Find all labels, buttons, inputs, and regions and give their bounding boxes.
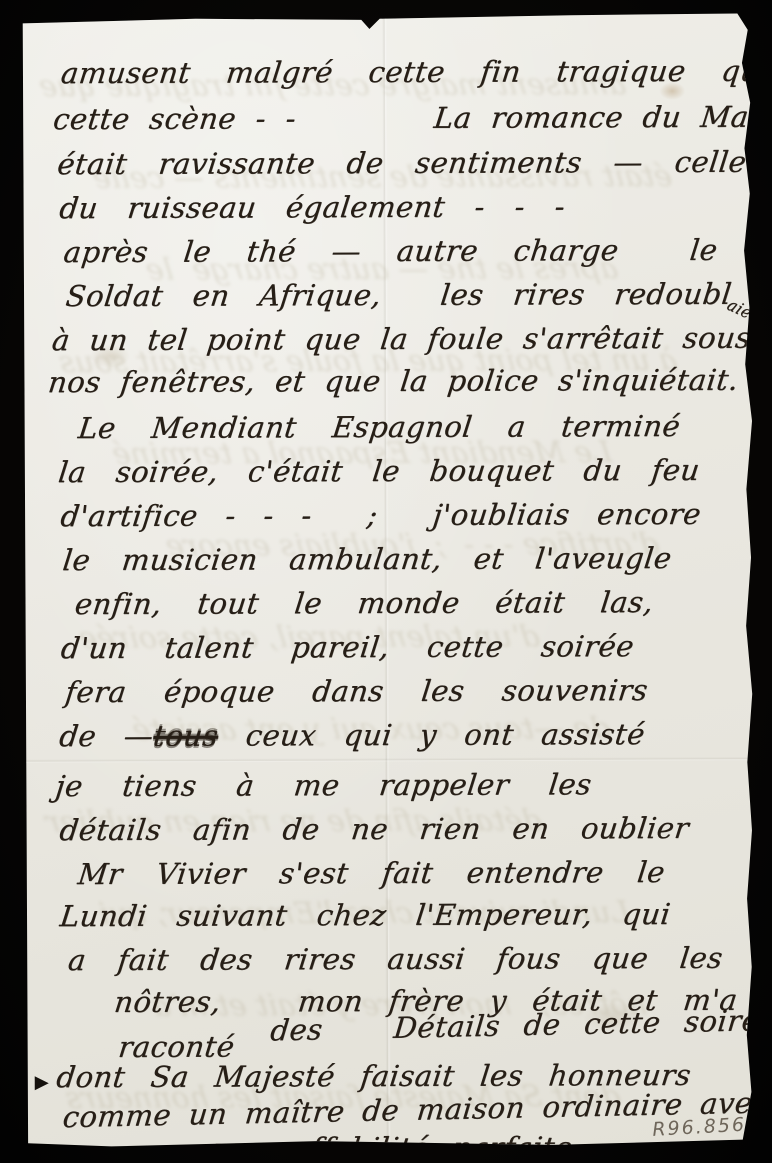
crossed-out-word: tous xyxy=(151,719,220,753)
line-text: d'artifice - - - ; j'oubliais encore xyxy=(59,497,703,533)
line-text: enfin, tout le monde était las, xyxy=(73,585,655,621)
manuscript-line: détails afin de ne rien en oublier xyxy=(58,811,691,847)
manuscript-line: je tiens à me rappeler les xyxy=(54,767,594,803)
manuscript-line: une affabilité parfaite xyxy=(211,1130,575,1163)
line-text: d'un talent pareil, cette soirée xyxy=(59,629,636,665)
manuscript-line: a fait des rires aussi fous que les xyxy=(66,941,724,977)
line-text: Soldat en Afrique, les rires redoubl xyxy=(64,277,734,313)
manuscript-line: de —tous ceux qui y ont assisté xyxy=(58,717,647,753)
manuscript-line: Le Mendiant Espagnol a terminé xyxy=(76,409,682,445)
line-text: fera époque dans les souvenirs xyxy=(63,673,650,709)
line-text: Lundi suivant chez l'Empereur, qui xyxy=(58,897,672,933)
manuscript-line: le musicien ambulant, et l'aveugle xyxy=(61,541,674,577)
manuscript-line: après le thé — autre charge le xyxy=(62,233,720,269)
manuscript-line: enfin, tout le monde était las, xyxy=(73,585,655,621)
line-text: une affabilité parfaite xyxy=(211,1130,575,1163)
manuscript-line: Lundi suivant chez l'Empereur, qui xyxy=(58,897,672,933)
line-text: amusent malgré cette fin tragique que xyxy=(59,54,772,91)
manuscript-line: était ravissante de sentiments — celle xyxy=(56,145,749,181)
line-text: était ravissante de sentiments — celle xyxy=(56,145,749,181)
manuscript-line: la soirée, c'était le bouquet du feu xyxy=(57,453,702,489)
manuscript-line: cette scène - - La romance du Matelot xyxy=(51,99,772,136)
line-text: je tiens à me rappeler les xyxy=(54,767,594,803)
line-text: la soirée, c'était le bouquet du feu xyxy=(57,453,702,489)
line-text: à un tel point que la foule s'arrêtait s… xyxy=(50,321,753,357)
line-text: du ruisseau également - - - xyxy=(58,189,567,225)
manuscript-line: nos fenêtres, et que la police s'inquiét… xyxy=(46,363,740,399)
manuscript-line: fera époque dans les souvenirs xyxy=(63,673,650,709)
insertion-caret-icon xyxy=(35,1076,49,1090)
line-text: ceux qui y ont assisté xyxy=(216,717,647,753)
line-text: a fait des rires aussi fous que les xyxy=(66,941,724,977)
line-text: nos fenêtres, et que la police s'inquiét… xyxy=(46,363,740,399)
letter-page: amusent malgré cette fin tragique queéta… xyxy=(19,12,759,1152)
catalog-number: R96.856-2 xyxy=(652,1113,760,1163)
manuscript-text: amusent malgré cette fin tragique quecet… xyxy=(19,12,759,1152)
line-text: cette scène - - La romance du Matelot xyxy=(51,99,772,136)
line-text: après le thé — autre charge le xyxy=(62,233,720,269)
manuscript-line: d'un talent pareil, cette soirée xyxy=(59,629,636,665)
manuscript-line: d'artifice - - - ; j'oubliais encore xyxy=(59,497,703,533)
manuscript-line: Mr Vivier s'est fait entendre le xyxy=(76,855,667,891)
line-text: de — xyxy=(58,719,156,753)
line-text: Le Mendiant Espagnol a terminé xyxy=(76,409,682,445)
line-text: détails afin de ne rien en oublier xyxy=(58,811,691,847)
line-text: le musicien ambulant, et l'aveugle xyxy=(61,541,674,577)
manuscript-line: du ruisseau également - - - xyxy=(58,189,567,225)
manuscript-line: Soldat en Afrique, les rires redoublaien… xyxy=(64,277,772,313)
photo-background: amusent malgré cette fin tragique queéta… xyxy=(0,0,772,1163)
manuscript-line: amusent malgré cette fin tragique que xyxy=(59,54,772,91)
manuscript-line: à un tel point que la foule s'arrêtait s… xyxy=(50,321,753,357)
line-text: Mr Vivier s'est fait entendre le xyxy=(76,855,667,891)
